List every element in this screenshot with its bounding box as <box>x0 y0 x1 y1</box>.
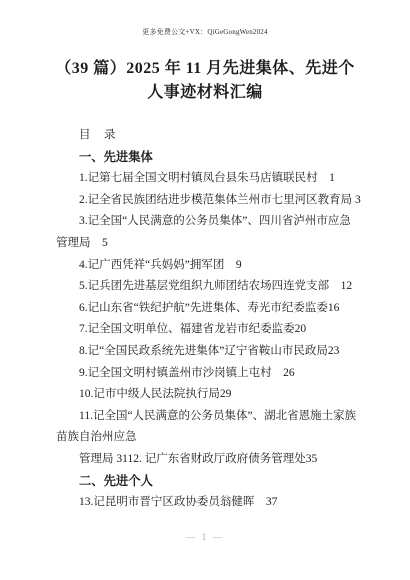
toc-heading: 目 录 <box>56 125 374 147</box>
toc-item: 8.记“全国民政系统先进集体”辽宁省鞍山市民政局23 <box>56 341 374 363</box>
toc-item: 7.记全国文明单位、福建省龙岩市纪委监委20 <box>56 319 374 341</box>
toc-item: 5.记兵团先进基层党组织九师团结农场四连党支部 12 <box>56 276 374 298</box>
document-title: （39 篇）2025 年 11 月先进集体、先进个 人事迹材料汇编 <box>0 57 410 104</box>
toc-item: 2.记全省民族团结进步模范集体兰州市七里河区教育局 3 <box>56 190 374 212</box>
toc-item: 11.记全国“人民满意的公务员集体”、湖北省恩施土家族 <box>56 406 374 428</box>
toc-section-heading: 一、先进集体 <box>56 147 374 169</box>
watermark-text: 更多免费公文+VX：QiGeGongWen2024 <box>0 27 410 37</box>
document-page: 更多免费公文+VX：QiGeGongWen2024 （39 篇）2025 年 1… <box>0 0 410 580</box>
title-line-1: （39 篇）2025 年 11 月先进集体、先进个 <box>55 60 355 77</box>
toc-item-continuation: 管理局 5 <box>56 233 374 255</box>
toc-item-continuation: 苗族自治州应急 <box>56 427 374 449</box>
toc-item: 6.记山东省“铁纪护航”先进集体、寿光市纪委监委16 <box>56 298 374 320</box>
toc-list: 一、先进集体1.记第七届全国文明村镇凤台县朱马店镇联民村 12.记全省民族团结进… <box>56 147 374 514</box>
toc-item: 4.记广西凭祥“兵妈妈”拥军团 9 <box>56 255 374 277</box>
page-number: — 1 — <box>0 533 410 543</box>
toc-item: 13.记昆明市晋宁区政协委员翁健晖 37 <box>56 492 374 514</box>
toc-section-heading: 二、先进个人 <box>56 471 374 493</box>
toc-item: 管理局 3112. 记广东省财政厅政府债务管理处35 <box>56 449 374 471</box>
toc-item: 1.记第七届全国文明村镇凤台县朱马店镇联民村 1 <box>56 168 374 190</box>
toc-item: 9.记全国文明村镇盖州市沙岗镇上屯村 26 <box>56 363 374 385</box>
toc-item: 10.记市中级人民法院执行局29 <box>56 384 374 406</box>
toc-item: 3.记全国“人民满意的公务员集体”、四川省泸州市应急 <box>56 211 374 233</box>
title-line-2: 人事迹材料汇编 <box>147 84 263 101</box>
table-of-contents: 目 录 一、先进集体1.记第七届全国文明村镇凤台县朱马店镇联民村 12.记全省民… <box>56 125 374 514</box>
